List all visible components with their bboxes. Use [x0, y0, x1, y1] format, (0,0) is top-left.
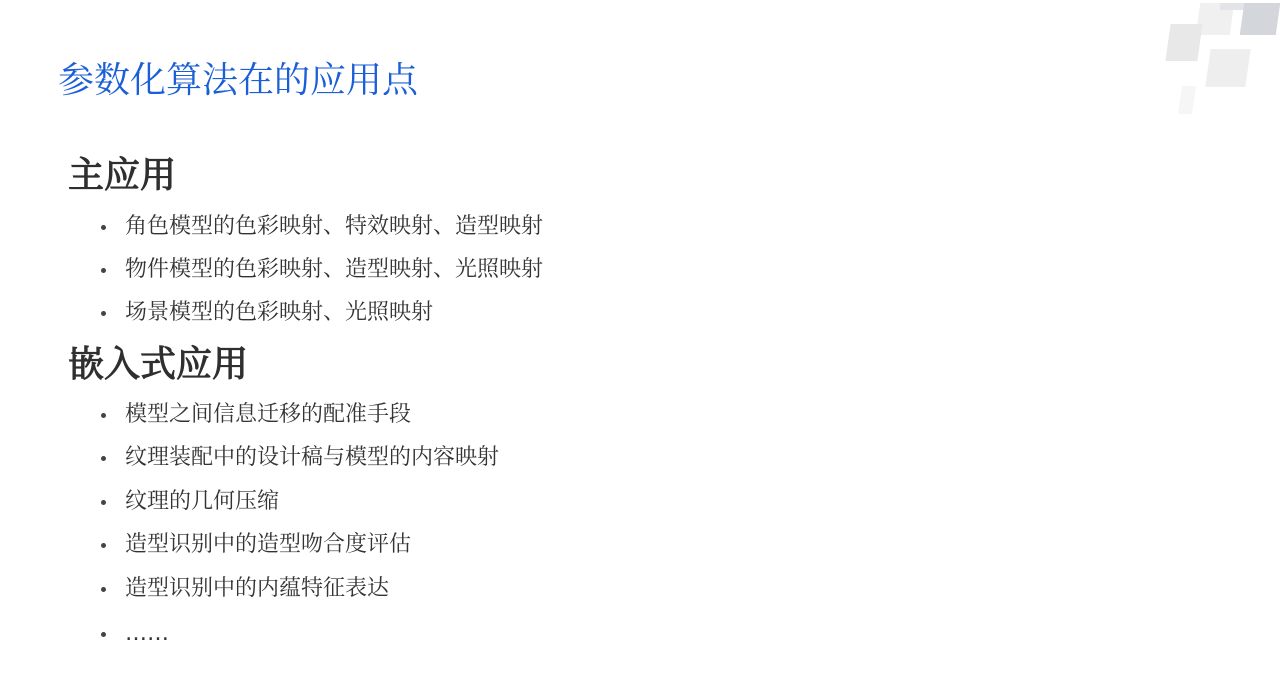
list-item-text: 角色模型的色彩映射、特效映射、造型映射 — [125, 212, 543, 242]
list-item: 角色模型的色彩映射、特效映射、造型映射 — [100, 212, 543, 242]
deco-square-5 — [1205, 49, 1250, 87]
bullet-icon — [101, 543, 106, 548]
bullet-icon — [101, 632, 106, 637]
list-item: 模型之间信息迁移的配准手段 — [100, 400, 411, 430]
deco-square-4 — [1165, 24, 1202, 61]
section-heading-embedded: 嵌入式应用 — [68, 342, 248, 388]
deco-square-6 — [1178, 86, 1196, 114]
list-item: …… — [100, 619, 169, 649]
list-item: 造型识别中的内蕴特征表达 — [100, 574, 389, 604]
list-item: 纹理装配中的设计稿与模型的内容映射 — [100, 443, 499, 473]
list-item-text: 模型之间信息迁移的配准手段 — [125, 400, 411, 430]
list-item: 造型识别中的造型吻合度评估 — [100, 530, 411, 560]
list-item: 场景模型的色彩映射、光照映射 — [100, 298, 433, 328]
list-item-text: 纹理装配中的设计稿与模型的内容映射 — [125, 443, 499, 473]
bullet-icon — [101, 225, 106, 230]
list-item-text: 物件模型的色彩映射、造型映射、光照映射 — [125, 255, 543, 285]
list-item: 物件模型的色彩映射、造型映射、光照映射 — [100, 255, 543, 285]
list-item-text: 造型识别中的内蕴特征表达 — [125, 574, 389, 604]
list-item: 纹理的几何压缩 — [100, 487, 279, 517]
list-item-text: 造型识别中的造型吻合度评估 — [125, 530, 411, 560]
list-item-text: …… — [125, 619, 169, 649]
bullet-icon — [101, 456, 106, 461]
bullet-icon — [101, 413, 106, 418]
bullet-icon — [101, 311, 106, 316]
section-heading-main: 主应用 — [68, 153, 176, 199]
bullet-icon — [101, 587, 106, 592]
bullet-icon — [101, 500, 106, 505]
deco-square-3 — [1240, 3, 1280, 35]
slide-title: 参数化算法在的应用点 — [58, 58, 418, 104]
bullet-icon — [101, 268, 106, 273]
corner-decoration — [1150, 0, 1280, 120]
list-item-text: 纹理的几何压缩 — [125, 487, 279, 517]
list-item-text: 场景模型的色彩映射、光照映射 — [125, 298, 433, 328]
